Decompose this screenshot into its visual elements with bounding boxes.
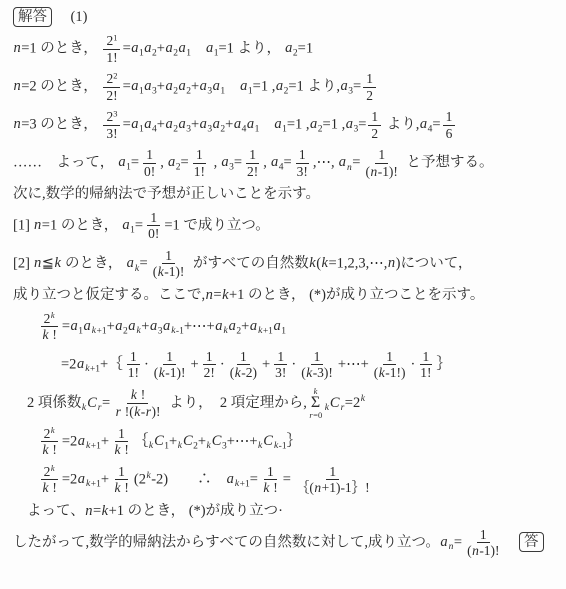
fraction: 1(k-3)! — [298, 349, 336, 381]
subscript: 1 — [186, 49, 191, 59]
fraction: 10! — [145, 210, 162, 242]
math-variable: k — [101, 503, 108, 519]
math-variable: a — [128, 318, 136, 334]
math-variable: a — [131, 40, 139, 56]
math-line: =2ak+1+｛11!·1(k-1)!+12!·1(k-2)+13!·1(k-3… — [61, 349, 553, 381]
math-variable: a — [165, 40, 173, 56]
fraction: 1(k-2) — [227, 349, 260, 381]
math-variable: k — [306, 365, 313, 380]
fraction: 1(k-1)! — [151, 349, 189, 381]
subscript: 1 — [126, 163, 131, 173]
math-variable: r — [340, 403, 345, 413]
math-variable: a — [270, 154, 278, 170]
math-line: よって、n=k+1 のとき， (*)が成り立つ· — [27, 502, 553, 521]
math-variable: k — [157, 264, 164, 279]
subscript: 1 — [281, 326, 286, 336]
subscript: 1 — [248, 87, 253, 97]
superscript: 1 — [113, 32, 117, 42]
math-line: [2] n≦k のとき， ak=1(k-1)! がすべての自然数k(k=1,2,… — [13, 248, 553, 280]
math-variable: k — [158, 365, 165, 380]
subscript: k — [134, 264, 139, 274]
subscript: n — [448, 542, 454, 552]
math-variable: r — [115, 404, 121, 419]
subscript: 1 — [220, 87, 225, 97]
fraction: k !r !(k-r)! — [112, 387, 163, 419]
subscript: 1 — [255, 125, 260, 135]
subscript: k+1 — [86, 441, 101, 451]
fraction: 1(n-1)! — [362, 147, 400, 179]
subscript: k-1 — [171, 326, 184, 336]
math-line: n=2 のとき， 222!=a1a3+a2a2+a3a1 a1=1 ,a2=1 … — [13, 71, 553, 103]
subscript: k — [136, 326, 141, 336]
math-variable: k — [136, 326, 141, 336]
math-variable: k — [114, 442, 121, 457]
math-variable: C — [211, 433, 222, 449]
math-variable: k — [258, 441, 263, 451]
fraction: 211! — [103, 33, 120, 65]
math-line: したがって,数学的帰納法からすべての自然数に対して,成り立つ。an=1(n-1)… — [13, 527, 553, 559]
subscript: 2 — [193, 441, 198, 451]
math-variable: k — [263, 480, 270, 495]
superscript: k — [50, 463, 55, 473]
label-box: 解答 — [13, 7, 52, 27]
math-variable: a — [122, 217, 130, 233]
subscript: 2 — [318, 125, 323, 135]
subscript: 3 — [229, 163, 234, 173]
math-variable: a — [115, 318, 123, 334]
math-line: [1] n=1 のとき， a1=10!=1 で成り立つ。 — [13, 210, 553, 242]
math-variable: a — [240, 78, 248, 94]
math-line: 成り立つと仮定する。ここで,n=k+1 のとき， (*)が成り立つことを示す。 — [13, 286, 553, 305]
math-variable: a — [233, 116, 241, 132]
math-variable: a — [273, 318, 281, 334]
math-variable: k — [171, 326, 176, 336]
math-variable: k — [91, 326, 96, 336]
subscript: 1 — [164, 441, 169, 451]
math-variable: n — [472, 543, 480, 558]
fraction: 1｛(n+1)-1｝! — [293, 464, 373, 496]
subscript: k — [81, 403, 86, 413]
subscript: 4 — [279, 163, 284, 173]
subscript: k+1 — [258, 326, 273, 336]
math-variable: k — [146, 471, 151, 481]
math-variable: k — [42, 480, 49, 495]
fraction: 1(k-1)! — [150, 248, 188, 280]
math-variable: a — [131, 116, 139, 132]
math-variable: a — [118, 154, 126, 170]
math-variable: k — [42, 327, 49, 342]
math-variable: n — [314, 480, 322, 495]
superscript: k — [50, 310, 55, 320]
math-variable: k — [42, 442, 49, 457]
math-variable: k — [378, 365, 385, 380]
math-variable: k — [130, 387, 137, 402]
math-variable: k — [86, 441, 91, 451]
subscript: k+1 — [85, 364, 100, 374]
fraction: 12 — [368, 109, 381, 141]
subscript: 3 — [152, 87, 157, 97]
math-variable: n — [370, 164, 378, 179]
fraction: 1(k-1!) — [371, 349, 409, 381]
math-variable: a — [249, 318, 257, 334]
superscript: 2 — [113, 70, 117, 80]
math-line: n=3 のとき， 233!=a1a4+a2a3+a3a2+a4a1 a1=1 ,… — [13, 109, 553, 141]
math-variable: a — [178, 116, 186, 132]
math-variable: n — [205, 287, 213, 303]
subscript: r — [97, 403, 102, 413]
fraction: 12! — [244, 147, 261, 179]
math-variable: a — [215, 318, 223, 334]
fraction: 233! — [103, 109, 120, 141]
math-variable: k — [222, 287, 229, 303]
math-variable: a — [165, 78, 173, 94]
math-variable: a — [77, 471, 85, 487]
math-line: 2kk !=2ak+1+1k !｛kC1+kC2+kC3+⋯+kCk-1｝ — [37, 426, 553, 458]
math-variable: r — [97, 403, 102, 413]
sigma-sum: kΣr=0 — [309, 387, 322, 420]
math-variable: k — [54, 255, 61, 271]
subscript: 2 — [176, 163, 181, 173]
math-line: n=1 のとき， 211!=a1a2+a2a1 a1=1 より， a2=1 — [13, 33, 553, 65]
subscript: 3 — [348, 87, 353, 97]
fraction: 13! — [272, 349, 289, 381]
subscript: 2 — [236, 326, 241, 336]
math-variable: n — [13, 78, 21, 94]
math-line: 2kk !=a1ak+1+a2ak+a3ak-1+⋯+aka2+ak+1a1 — [37, 311, 553, 343]
subscript: n — [347, 163, 353, 173]
math-variable: n — [85, 503, 93, 519]
math-variable: a — [275, 78, 283, 94]
subscript: 2 — [220, 125, 225, 135]
subscript: k — [258, 441, 263, 451]
subscript: k+1 — [86, 479, 101, 489]
math-variable: a — [310, 116, 318, 132]
subscript: 3 — [222, 441, 227, 451]
math-variable: a — [246, 116, 254, 132]
math-variable: k — [309, 255, 316, 271]
math-variable: k — [321, 255, 328, 271]
subscript: 2 — [284, 87, 289, 97]
label-box: 答 — [519, 532, 544, 552]
math-variable: k — [50, 425, 55, 435]
subscript: 2 — [186, 87, 191, 97]
math-line: …… よって， a1=10!, a2=11! , a3=12!, a4=13!,… — [13, 147, 553, 179]
math-variable: n — [34, 217, 42, 233]
fraction: 10! — [141, 147, 158, 179]
math-variable: n — [13, 40, 21, 56]
fraction: 12! — [201, 349, 218, 381]
math-variable: C — [182, 433, 193, 449]
math-variable: a — [221, 154, 229, 170]
fraction: 1k ! — [111, 426, 132, 458]
math-variable: a — [144, 40, 152, 56]
math-variable: k — [50, 310, 55, 320]
subscript: 1 — [130, 226, 135, 236]
math-variable: a — [274, 116, 282, 132]
subscript: k+1 — [234, 479, 249, 489]
math-variable: n — [387, 255, 395, 271]
subscript: 3 — [186, 125, 191, 135]
math-variable: a — [162, 318, 170, 334]
subscript: 3 — [353, 125, 358, 135]
fraction: 1k ! — [111, 464, 132, 496]
subscript: 2 — [293, 49, 298, 59]
math-variable: a — [131, 78, 139, 94]
fraction: 16 — [443, 109, 456, 141]
math-variable: r — [145, 404, 151, 419]
superscript: k — [50, 425, 55, 435]
subscript: k — [148, 441, 153, 451]
subscript: 2 — [152, 49, 157, 59]
math-line: 次に,数学的帰納法で予想が正しいことを示す。 — [13, 185, 553, 204]
math-variable: k — [86, 479, 91, 489]
subscript: 1 — [282, 125, 287, 135]
math-variable: a — [205, 40, 213, 56]
subscript: k+1 — [91, 326, 106, 336]
superscript: k — [360, 394, 365, 404]
sigma-icon: Σ — [311, 395, 320, 411]
fraction: 13! — [294, 147, 311, 179]
math-variable: k — [273, 441, 278, 451]
math-variable: C — [263, 433, 274, 449]
math-line: 2kk !=2ak+1+1k !(2k-2) ∴ ak+1=1k !=1｛(n+… — [37, 464, 553, 496]
subscript: 1 — [214, 49, 219, 59]
math-line: 解答 (1) — [13, 7, 553, 27]
math-variable: k — [360, 394, 365, 404]
math-variable: a — [144, 116, 152, 132]
math-variable: C — [87, 395, 98, 411]
fraction: 12 — [363, 71, 376, 103]
fraction: 1(n-1)! — [464, 527, 502, 559]
math-variable: a — [76, 356, 84, 372]
math-variable: k — [114, 480, 121, 495]
math-variable: a — [168, 154, 176, 170]
subscript: k-1 — [273, 441, 286, 451]
math-variable: k — [234, 479, 239, 489]
superscript: 3 — [113, 108, 117, 118]
math-variable: k — [85, 364, 90, 374]
math-variable: n — [448, 542, 454, 552]
math-variable: k — [134, 264, 139, 274]
math-variable: k — [234, 365, 241, 380]
math-line: 2 項係数kCr=k !r !(k-r)! より， 2 項定理から,kΣr=0k… — [27, 387, 553, 420]
math-variable: C — [154, 433, 165, 449]
fraction: 2kk ! — [39, 464, 60, 496]
fraction: 222! — [103, 71, 120, 103]
solution-document: 解答 (1)n=1 のとき， 211!=a1a2+a2a1 a1=1 より， a… — [0, 0, 566, 572]
math-variable: k — [134, 404, 141, 419]
math-variable: k — [148, 441, 153, 451]
math-variable: r — [309, 410, 313, 420]
math-variable: k — [258, 326, 263, 336]
math-variable: k — [50, 463, 55, 473]
math-variable: a — [178, 40, 186, 56]
math-variable: a — [178, 78, 186, 94]
math-variable: n — [13, 116, 21, 132]
subscript: 4 — [152, 125, 157, 135]
math-variable: a — [165, 116, 173, 132]
fraction: 11! — [417, 349, 434, 381]
math-variable: k — [81, 403, 86, 413]
math-variable: a — [440, 534, 448, 550]
math-variable: a — [77, 433, 85, 449]
fraction: 11! — [125, 349, 142, 381]
fraction: 1k ! — [260, 464, 281, 496]
math-variable: a — [419, 116, 427, 132]
math-variable: a — [285, 40, 293, 56]
math-variable: a — [338, 154, 346, 170]
math-variable: a — [149, 318, 157, 334]
subscript: r — [340, 403, 345, 413]
subscript: 4 — [428, 125, 433, 135]
math-variable: n — [347, 163, 353, 173]
math-variable: C — [329, 395, 340, 411]
math-variable: n — [34, 255, 42, 271]
math-variable: a — [144, 78, 152, 94]
superscript: k — [146, 471, 151, 481]
fraction: 2kk ! — [39, 426, 60, 458]
fraction: 11! — [191, 147, 208, 179]
fraction: 2kk ! — [39, 311, 60, 343]
